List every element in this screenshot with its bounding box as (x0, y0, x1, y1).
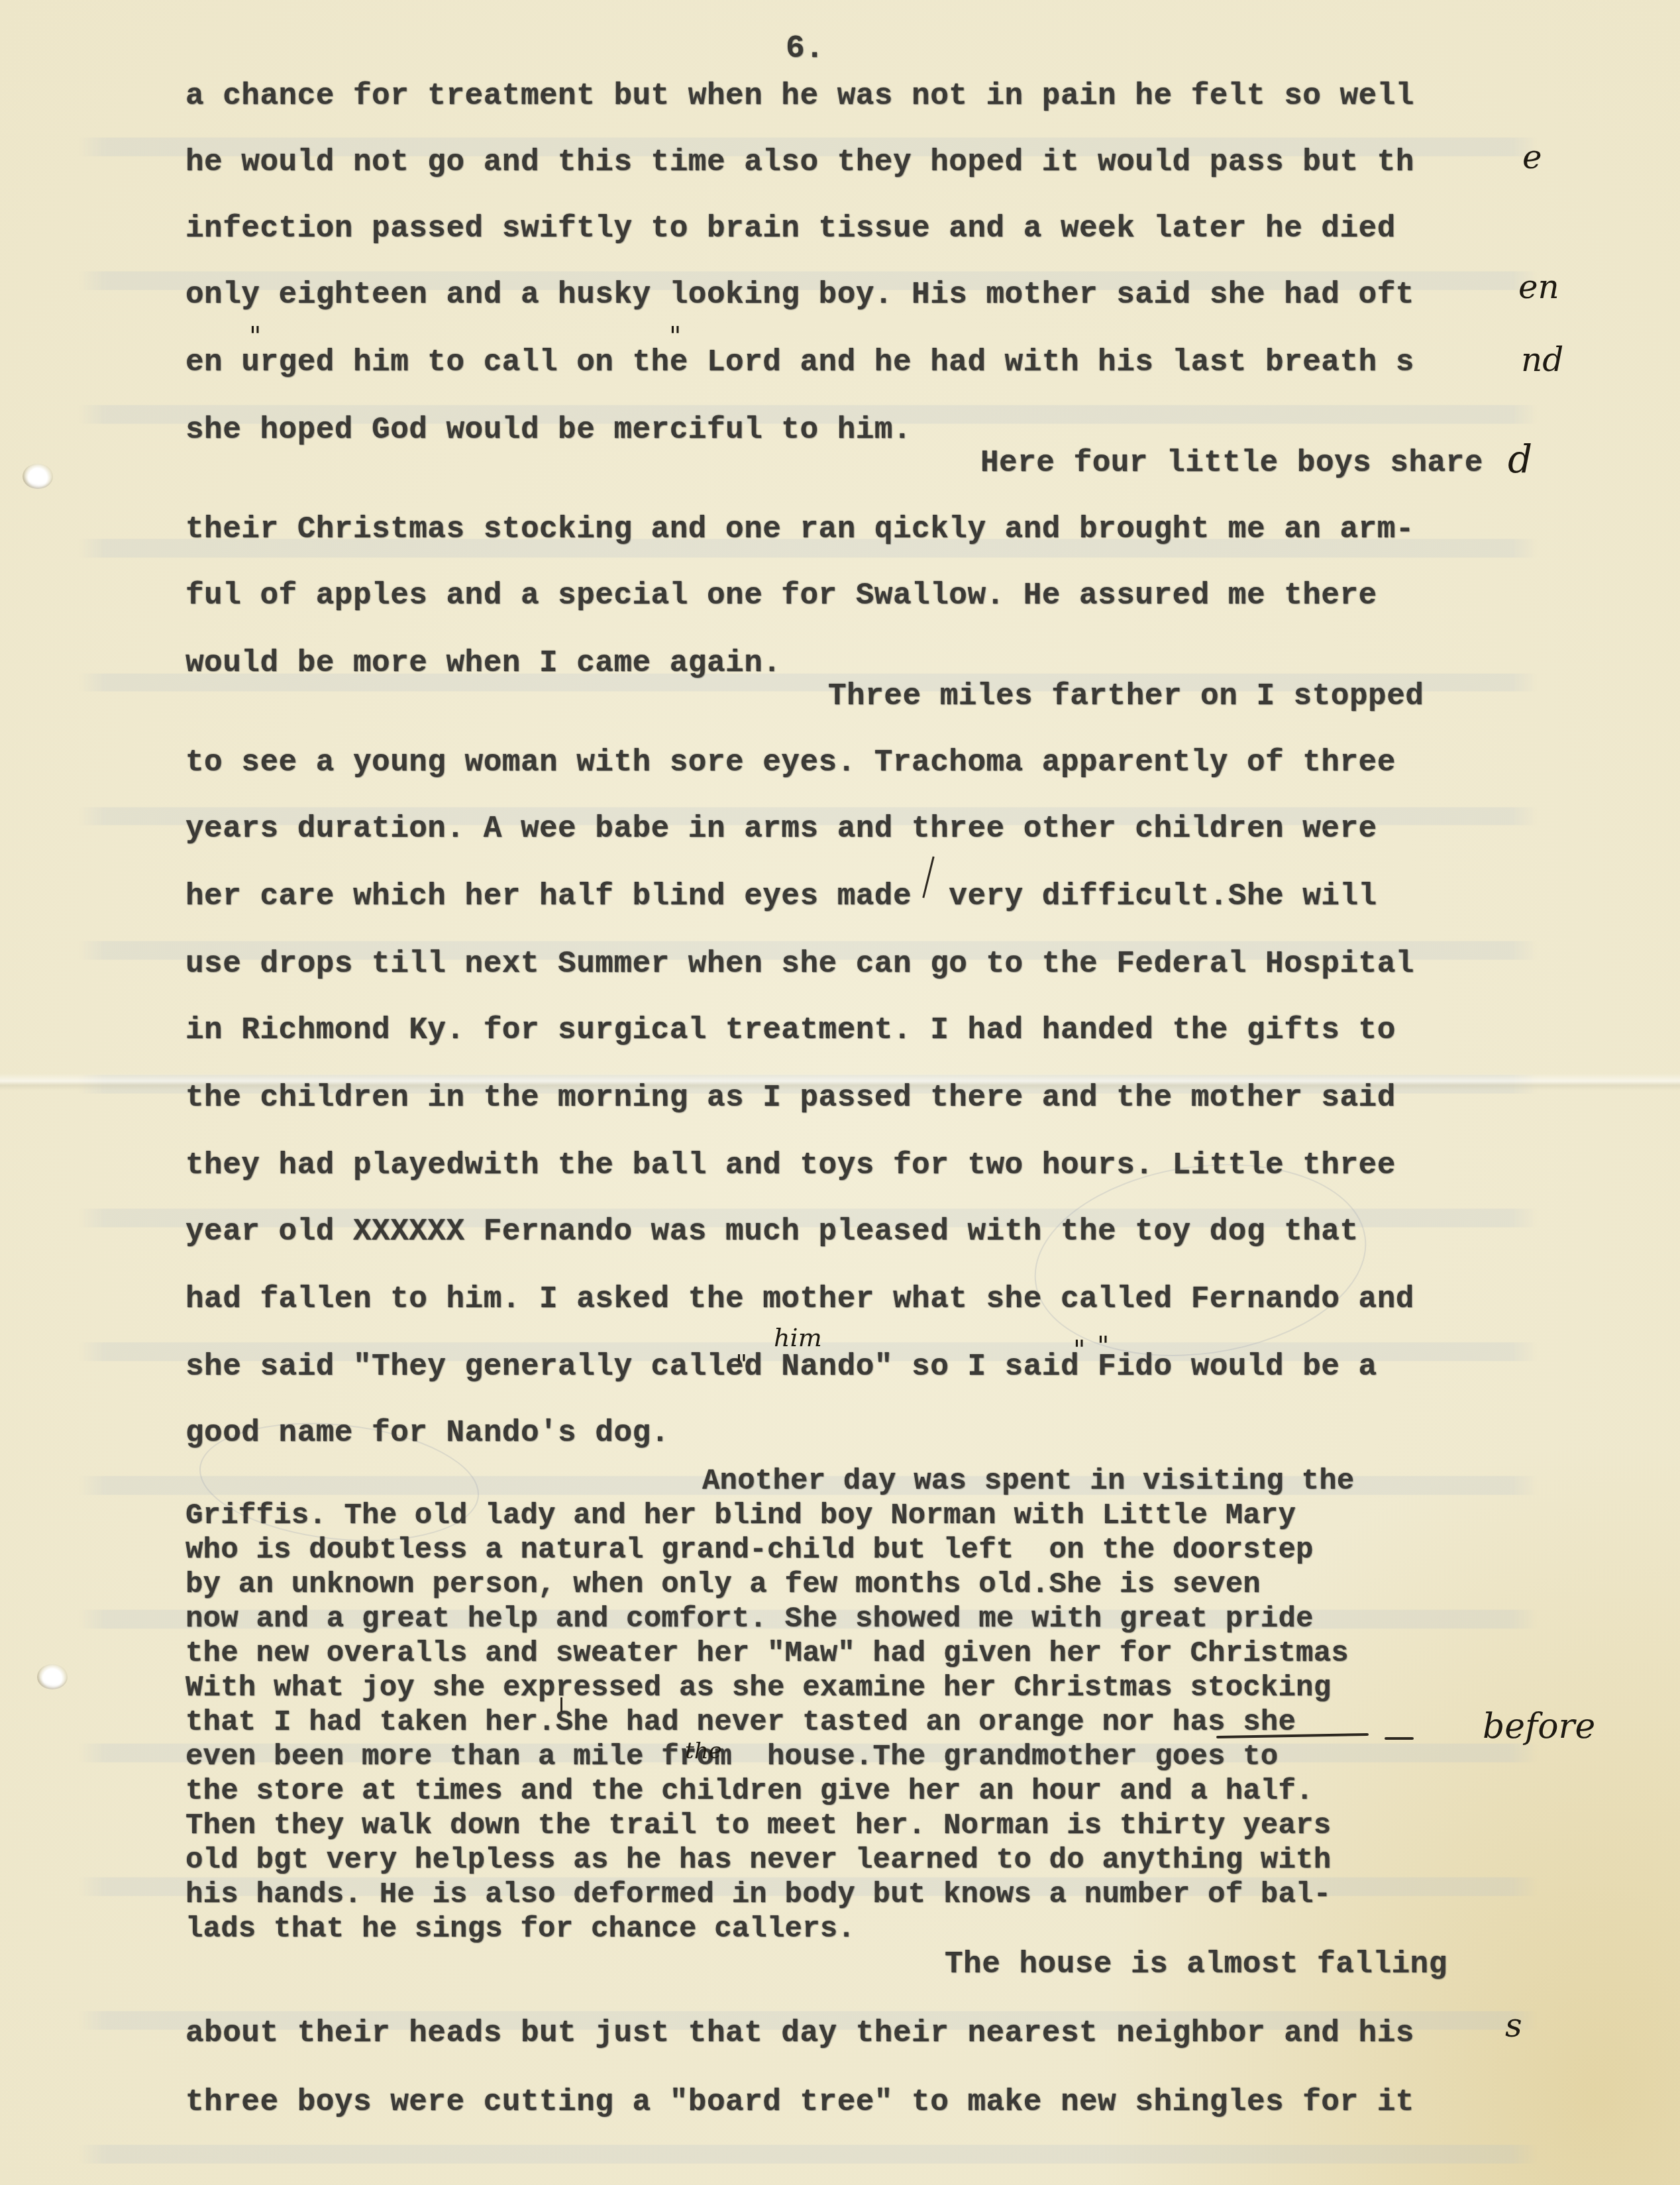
text-line: the store at times and the children give… (185, 1777, 1314, 1806)
text-line: that I had taken her.She had never taste… (185, 1708, 1296, 1737)
document-page: 6. a chance for treatment but when he wa… (0, 0, 1680, 2185)
handwritten-correction: s (1505, 2009, 1522, 2042)
text-line: use drops till next Summer when she can … (185, 949, 1414, 979)
text-line: by an unknown person, when only a few mo… (185, 1570, 1261, 1599)
handwritten-insertion: the (685, 1740, 722, 1762)
handwritten-correction: e (1522, 140, 1542, 174)
text-line: only eighteen and a husky looking boy. H… (185, 280, 1414, 310)
text-line: infection passed swiftly to brain tissue… (185, 213, 1396, 244)
text-line: in Richmond Ky. for surgical treatment. … (185, 1015, 1396, 1045)
text-line: lads that he sings for chance callers. (185, 1915, 855, 1944)
text-line: Griffis. The old lady and her blind boy … (185, 1501, 1296, 1530)
text-line: she said "They generally called Nando" s… (185, 1352, 1377, 1382)
text-line-indented: Three miles farther on I stopped (828, 681, 1424, 712)
text-line-indented: Here four little boys share (980, 448, 1483, 478)
text-line: his hands. He is also deformed in body b… (185, 1880, 1331, 1909)
text-line-indented: The house is almost falling (945, 1949, 1447, 1980)
handwritten-quote-mark: " (735, 1352, 747, 1378)
text-line: a chance for treatment but when he was n… (185, 81, 1414, 111)
text-line: had fallen to him. I asked the mother wh… (185, 1284, 1414, 1314)
text-line: to see a young woman with sore eyes. Tra… (185, 747, 1396, 778)
handwritten-quote-mark: " (1097, 1333, 1109, 1359)
text-line: ful of apples and a special one for Swal… (185, 580, 1377, 611)
text-line-indented: Another day was spent in visiting the (702, 1467, 1354, 1496)
text-line: old bgt very helpless as he has never le… (185, 1846, 1331, 1875)
text-line: the new overalls and sweater her "Maw" h… (185, 1639, 1349, 1668)
text-line: three boys were cutting a "board tree" t… (185, 2087, 1414, 2117)
punch-hole-lower (37, 1664, 68, 1689)
text-line: the children in the morning as I passed … (185, 1083, 1396, 1113)
handwritten-apostrophe-mark (560, 1697, 562, 1712)
text-line: even been more than a mile from house.Th… (185, 1742, 1278, 1772)
handwritten-correction: nd (1521, 343, 1563, 376)
text-line: now and a great help and comfort. She sh… (185, 1605, 1314, 1634)
text-line: who is doubtless a natural grand-child b… (185, 1536, 1314, 1565)
handwritten-margin-note: before (1483, 1709, 1595, 1744)
text-line: her care which her half blind eyes made … (185, 881, 1377, 912)
handwritten-quote-mark: " (1073, 1337, 1085, 1363)
text-line: good name for Nando's dog. (185, 1418, 670, 1448)
punch-hole-upper (23, 464, 53, 489)
page-number: 6. (786, 33, 825, 65)
handwritten-insertion: him (774, 1325, 822, 1350)
text-line: would be more when I came again. (185, 648, 781, 678)
text-line: she hoped God would be merciful to him. (185, 415, 912, 445)
text-line: With what joy she expressed as she exami… (185, 1674, 1331, 1703)
text-line: about their heads but just that day thei… (185, 2018, 1414, 2049)
text-line: en urged him to call on the Lord and he … (185, 347, 1414, 378)
handwritten-correction: en (1518, 270, 1559, 303)
text-line: he would not go and this time also they … (185, 147, 1414, 178)
text-line: they had playedwith the ball and toys fo… (185, 1150, 1396, 1181)
handwritten-quote-mark: " (249, 323, 261, 350)
text-line: their Christmas stocking and one ran qic… (185, 514, 1414, 545)
handwritten-quote-mark: " (669, 323, 681, 350)
text-line: years duration. A wee babe in arms and t… (185, 814, 1377, 844)
text-line: year old XXXXXX Fernando was much please… (185, 1216, 1359, 1247)
handwritten-correction: d (1508, 440, 1532, 478)
text-line: Then they walk down the trail to meet he… (185, 1811, 1331, 1840)
handwritten-dash (1385, 1737, 1414, 1740)
